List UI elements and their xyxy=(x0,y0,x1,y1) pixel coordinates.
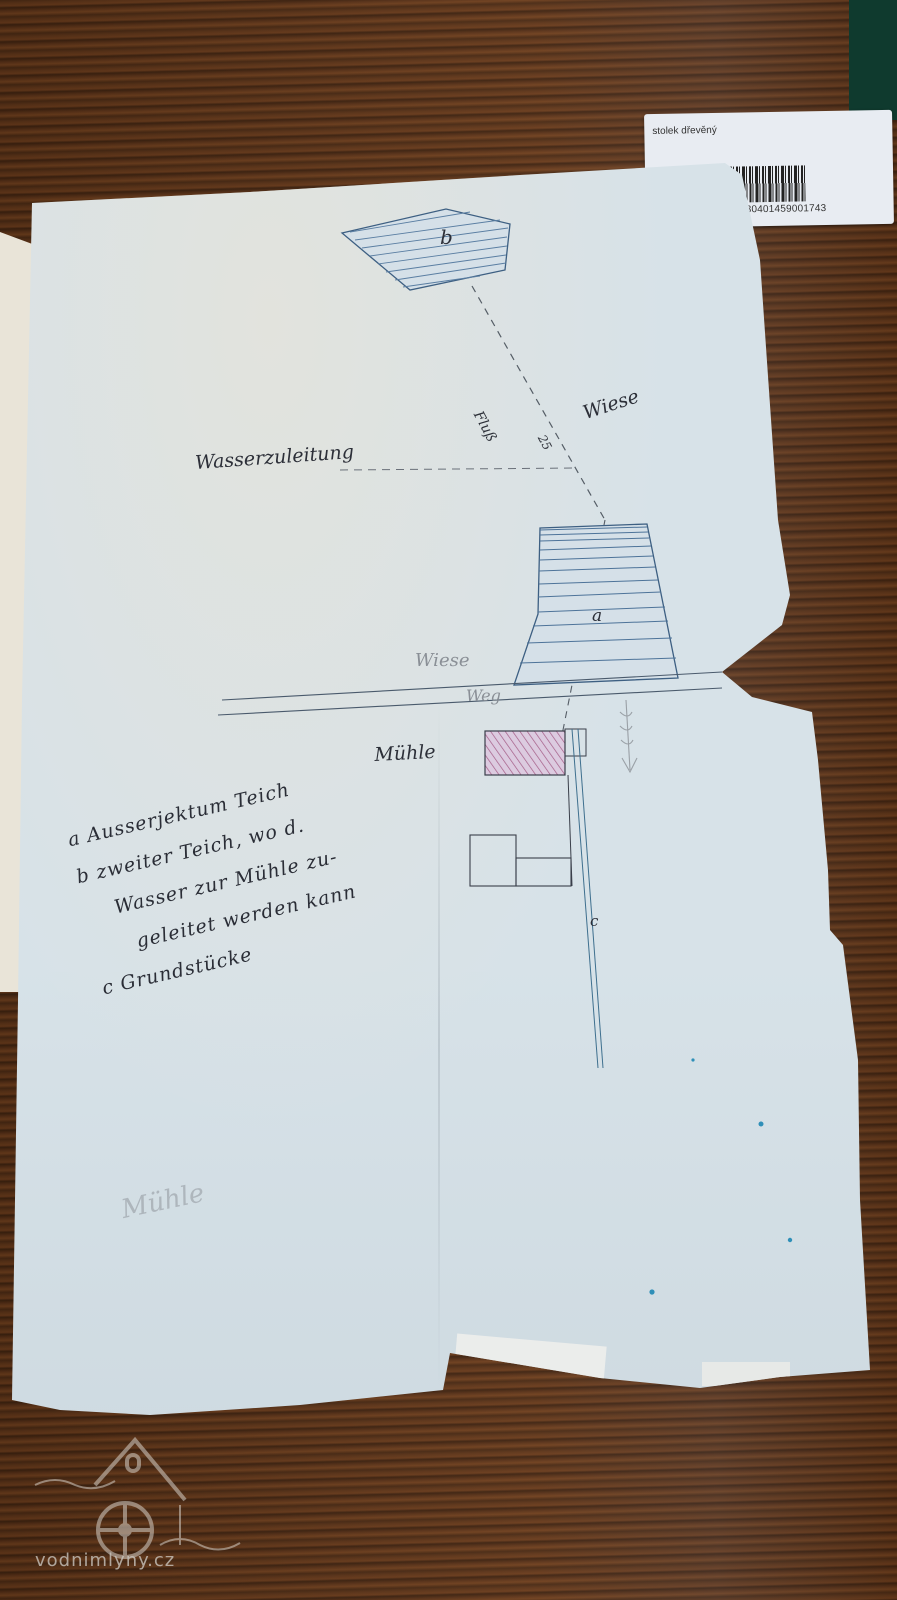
watermark-text: vodnimlyny.cz xyxy=(35,1550,175,1571)
parcel-b-label: b xyxy=(440,225,453,249)
parcel-a xyxy=(514,524,678,685)
outbuildings xyxy=(470,835,571,886)
water-supply-line xyxy=(340,468,575,470)
parcel-a-label: a xyxy=(592,606,602,626)
flow-arrow-icon xyxy=(620,700,637,772)
channel-c-label: c xyxy=(590,912,598,930)
parcel-b xyxy=(342,209,510,290)
mill-race xyxy=(568,729,603,1068)
label-wiese-left: Wiese xyxy=(415,650,469,671)
mill-wheel-house xyxy=(565,729,586,756)
label-weg: Weg xyxy=(466,686,501,705)
mill-building xyxy=(485,731,565,775)
ink-spots xyxy=(649,1058,792,1294)
